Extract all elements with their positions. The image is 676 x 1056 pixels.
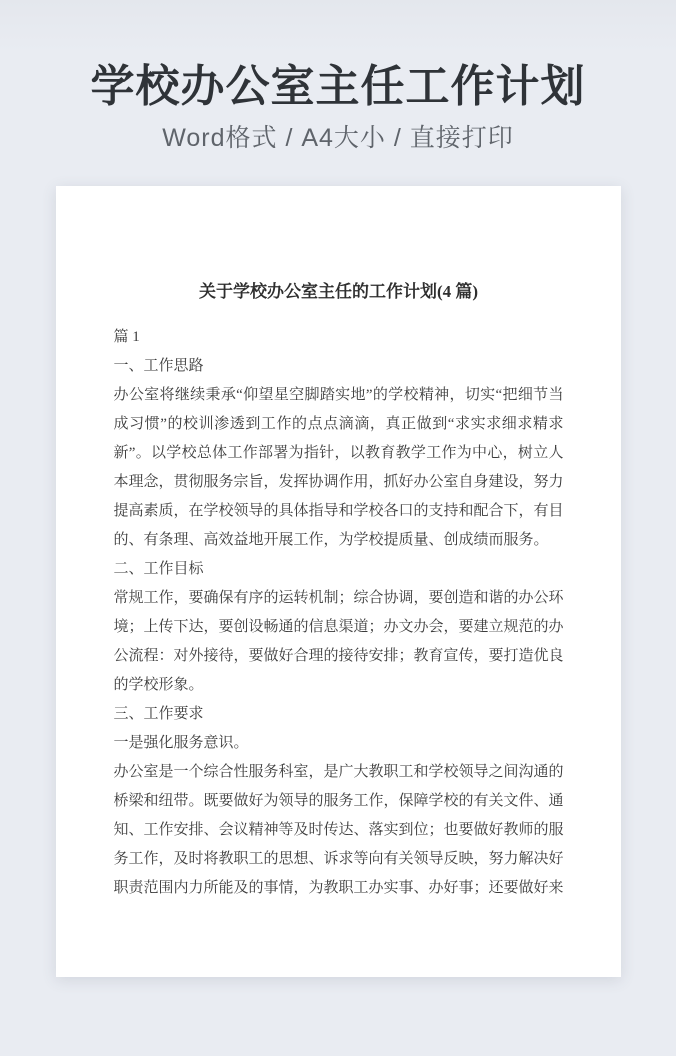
doc-paragraph: 办公室将继续秉承“仰望星空脚踏实地”的学校精神，切实“把细节当成习惯”的校训渗透…: [114, 381, 564, 555]
document-page: 关于学校办公室主任的工作计划(4 篇) 篇 1 一、工作思路 办公室将继续秉承“…: [56, 186, 621, 977]
promo-header: 学校办公室主任工作计划 Word格式 / A4大小 / 直接打印: [0, 0, 676, 153]
doc-section-heading-1: 一、工作思路: [114, 352, 564, 381]
template-preview: 学校办公室主任工作计划 Word格式 / A4大小 / 直接打印 关于学校办公室…: [0, 0, 676, 1056]
doc-paragraph: 常规工作，要确保有序的运转机制；综合协调，要创造和谐的办公环境；上传下达，要创设…: [114, 584, 564, 700]
document-content: 关于学校办公室主任的工作计划(4 篇) 篇 1 一、工作思路 办公室将继续秉承“…: [56, 186, 621, 903]
doc-section-heading-3: 三、工作要求: [114, 700, 564, 729]
page-subtitle: Word格式 / A4大小 / 直接打印: [0, 123, 676, 153]
page-title: 学校办公室主任工作计划: [0, 62, 676, 112]
doc-section-heading-2: 二、工作目标: [114, 555, 564, 584]
document-title: 关于学校办公室主任的工作计划(4 篇): [114, 277, 564, 306]
doc-paragraph-part-label: 篇 1: [114, 323, 564, 352]
doc-paragraph: 办公室是一个综合性服务科室，是广大教职工和学校领导之间沟通的桥梁和纽带。既要做好…: [114, 758, 564, 903]
doc-paragraph: 一是强化服务意识。: [114, 729, 564, 758]
